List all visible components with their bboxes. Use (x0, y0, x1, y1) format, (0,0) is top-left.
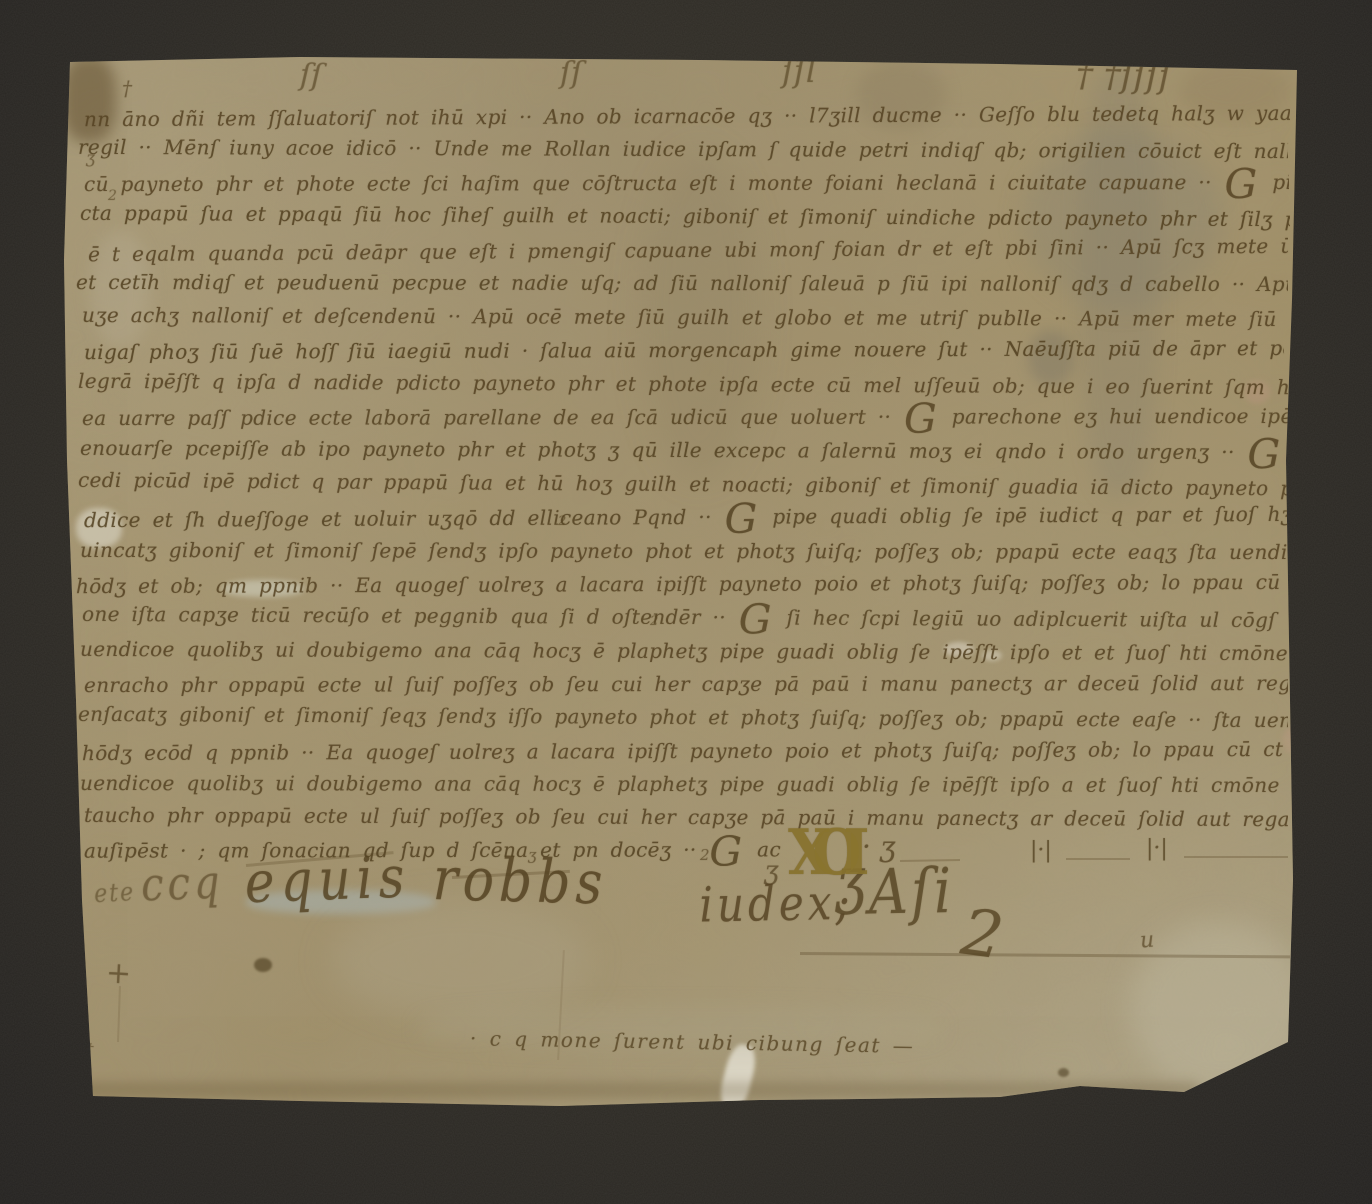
signature-equis: equis (244, 844, 412, 916)
signature-ai: ƷAſi (835, 854, 955, 929)
parchment-sheet: nn āno dñi tem ſſaluatoriſ not ihū xpi ·… (0, 0, 1372, 1204)
signature-row: eteccqequisrobbsiudex;ƷAſi (0, 0, 1372, 1204)
signature-ete: ete (93, 878, 135, 909)
signature-ccq: ccq (140, 856, 224, 912)
notarial-chrismon-monogram: XOI (788, 816, 852, 890)
signature-robbs: robbs (432, 845, 608, 919)
